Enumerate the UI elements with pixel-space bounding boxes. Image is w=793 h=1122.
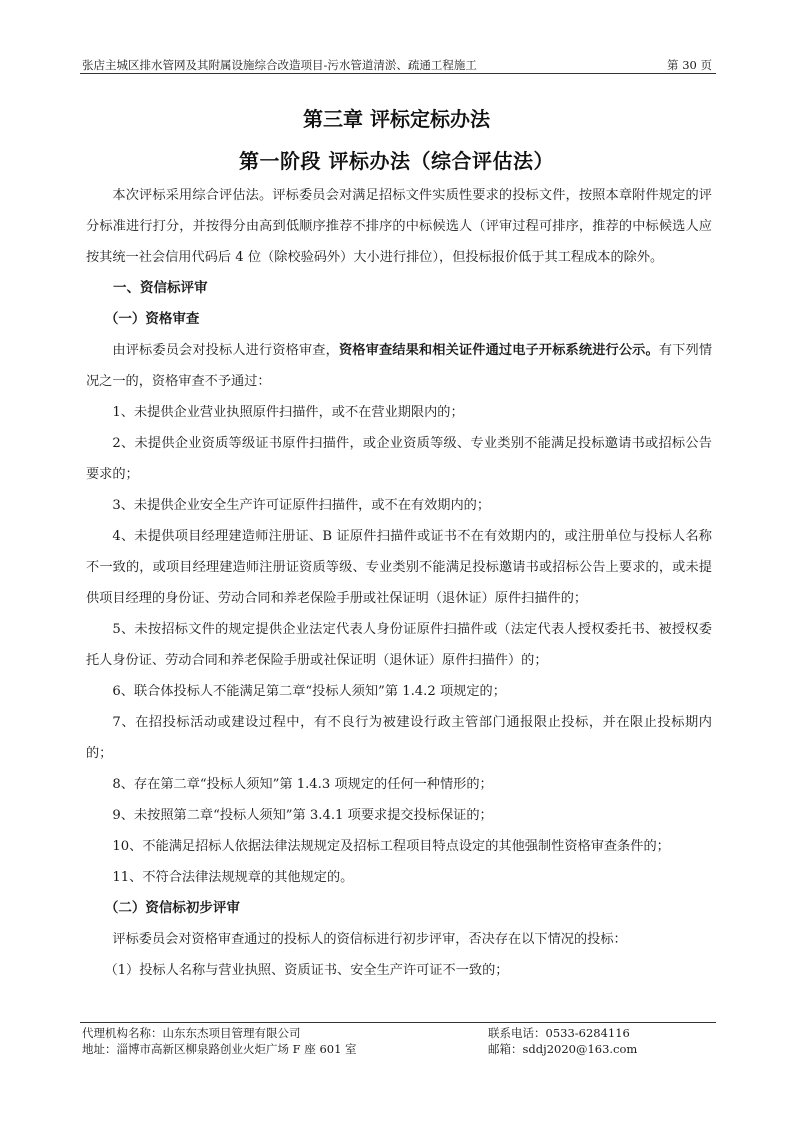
qualification-item: 11、不符合法律法规规章的其他规定的。 [86, 862, 712, 893]
qualification-item: 9、未按照第二章“投标人须知”第 3.4.1 项要求提交投标保证的； [86, 800, 712, 831]
footer-phone: 联系电话：0533-6284116 [488, 1025, 630, 1041]
preliminary-lead-paragraph: 评标委员会对资格审查通过的投标人的资信标进行初步评审，否决存在以下情况的投标： [86, 924, 712, 955]
page-header: 张店主城区排水管网及其附属设施综合改造项目-污水管道清淤、疏通工程施工 第 30… [80, 55, 716, 74]
intro-paragraph: 本次评标采用综合评估法。评标委员会对满足招标文件实质性要求的投标文件，按照本章附… [86, 180, 712, 273]
lead-bold-text: 资格审查结果和相关证件通过电子开标系统进行公示。 [339, 343, 659, 358]
footer-agency-name: 代理机构名称：山东东杰项目管理有限公司 [82, 1025, 301, 1041]
qualification-item: 4、未提供项目经理建造师注册证、B 证原件扫描件或证书不在有效期内的，或注册单位… [86, 521, 712, 614]
document-body: 本次评标采用综合评估法。评标委员会对满足招标文件实质性要求的投标文件，按照本章附… [86, 180, 712, 986]
lead-normal-text: 由评标委员会对投标人进行资格审查， [112, 343, 339, 358]
section-title: 第一阶段 评标办法（综合评估法） [0, 148, 793, 174]
footer-address: 地址：淄博市高新区柳泉路创业火炬广场 F 座 601 室 [82, 1041, 357, 1057]
qualification-item: 2、未提供企业资质等级证书原件扫描件，或企业资质等级、专业类别不能满足投标邀请书… [86, 428, 712, 490]
heading-qualification-review: （一）资格审查 [86, 304, 712, 335]
qualification-item: 10、不能满足招标人依据法律法规规定及招标工程项目特点设定的其他强制性资格审查条… [86, 831, 712, 862]
qualification-lead-paragraph: 由评标委员会对投标人进行资格审查，资格审查结果和相关证件通过电子开标系统进行公示… [86, 335, 712, 397]
qualification-item: 3、未提供企业安全生产许可证原件扫描件，或不在有效期内的； [86, 490, 712, 521]
chapter-title: 第三章 评标定标办法 [0, 106, 793, 132]
heading-preliminary-review: （二）资信标初步评审 [86, 893, 712, 924]
qualification-item: 1、未提供企业营业执照原件扫描件，或不在营业期限内的； [86, 397, 712, 428]
page-footer: 代理机构名称：山东东杰项目管理有限公司 联系电话：0533-6284116 地址… [80, 1022, 716, 1057]
preliminary-item: （1）投标人名称与营业执照、资质证书、安全生产许可证不一致的； [86, 955, 712, 986]
qualification-item: 6、联合体投标人不能满足第二章“投标人须知”第 1.4.2 项规定的； [86, 676, 712, 707]
heading-credit-review: 一、资信标评审 [86, 273, 712, 304]
qualification-item: 8、存在第二章“投标人须知”第 1.4.3 项规定的任何一种情形的； [86, 769, 712, 800]
footer-email: 邮箱：sddj2020@163.com [488, 1041, 637, 1057]
qualification-item: 5、未按招标文件的规定提供企业法定代表人身份证原件扫描件或（法定代表人授权委托书… [86, 614, 712, 676]
header-project-title: 张店主城区排水管网及其附属设施综合改造项目-污水管道清淤、疏通工程施工 [82, 57, 477, 73]
header-page-number: 第 30 页 [667, 57, 712, 73]
qualification-item: 7、在招投标活动或建设过程中，有不良行为被建设行政主管部门通报限止投标，并在限止… [86, 707, 712, 769]
